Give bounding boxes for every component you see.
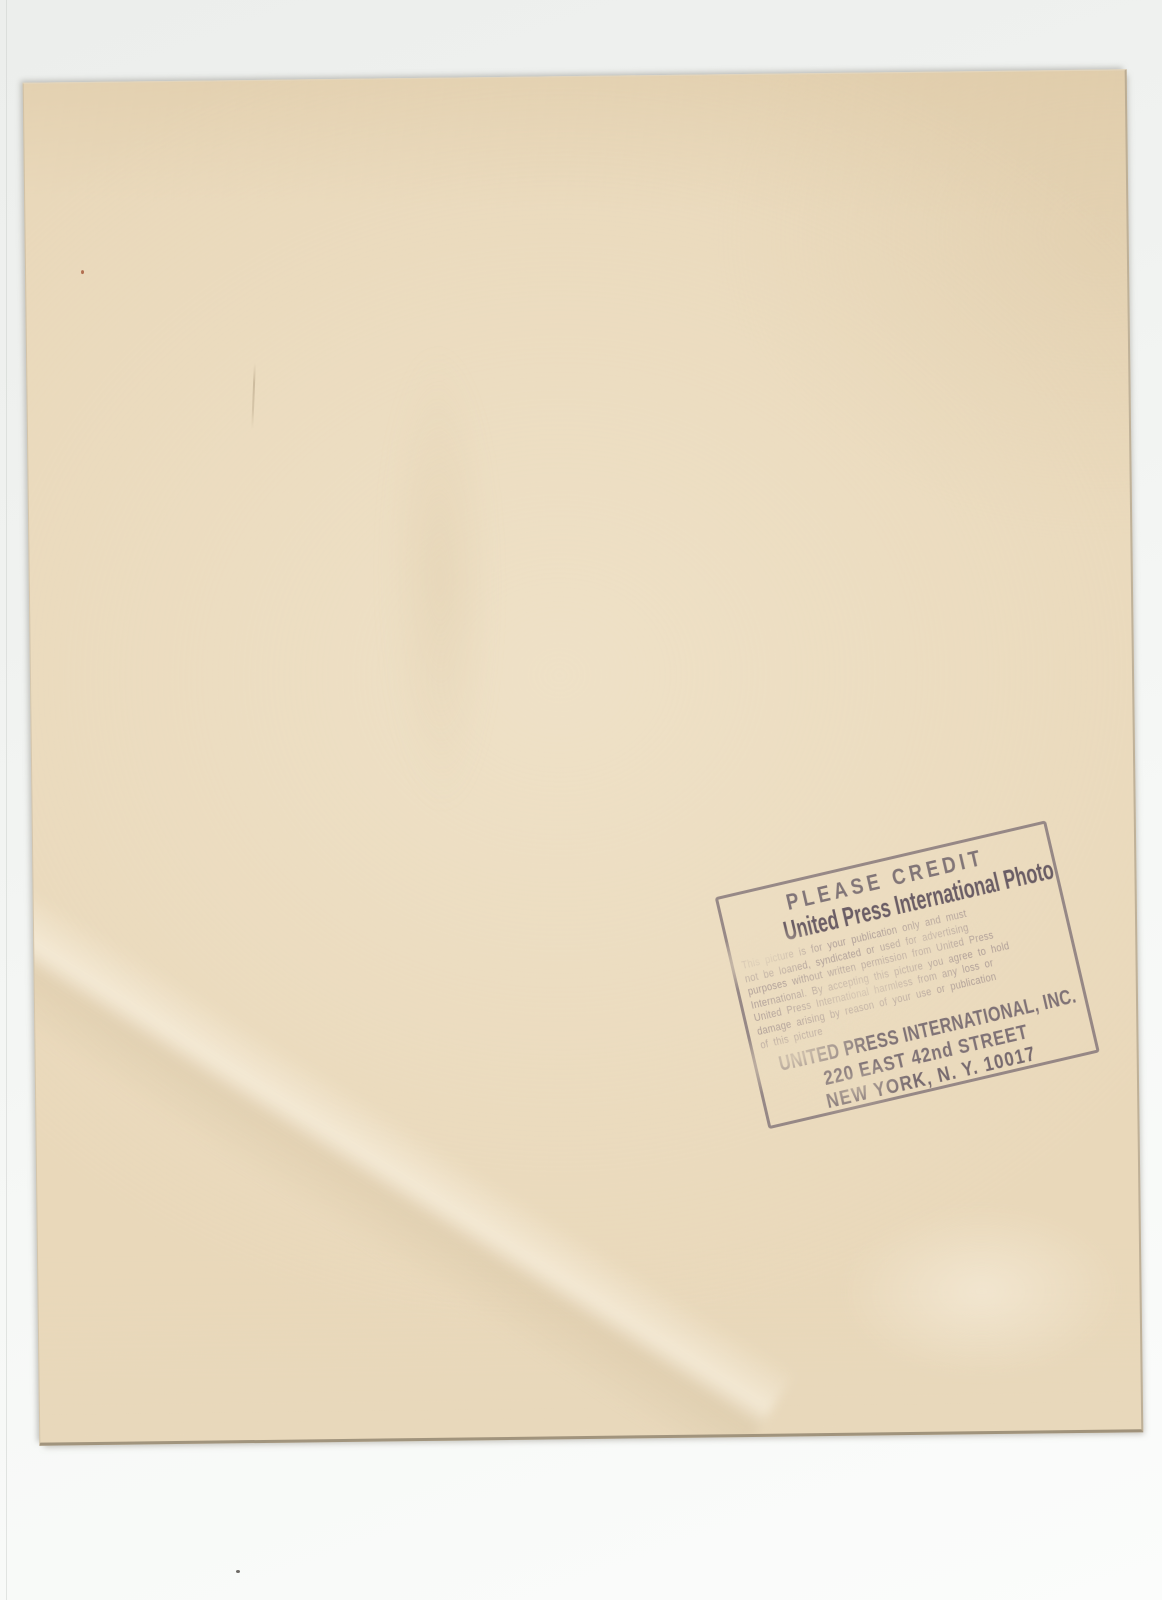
upi-rubber-stamp: PLEASE CREDIT United Press International… [715,820,1100,1129]
paper-blotch [841,1204,1123,1377]
dust-speck [236,1570,240,1573]
scanned-photo-back: { "stamp": { "credit_line": "PLEASE CRED… [0,0,1162,1600]
scanner-bed-line [6,0,7,1600]
paper-scratch [251,363,256,429]
paper-tonal-streak [356,248,524,910]
red-speck [81,270,84,274]
photo-paper-back: PLEASE CREDIT United Press International… [23,69,1144,1445]
